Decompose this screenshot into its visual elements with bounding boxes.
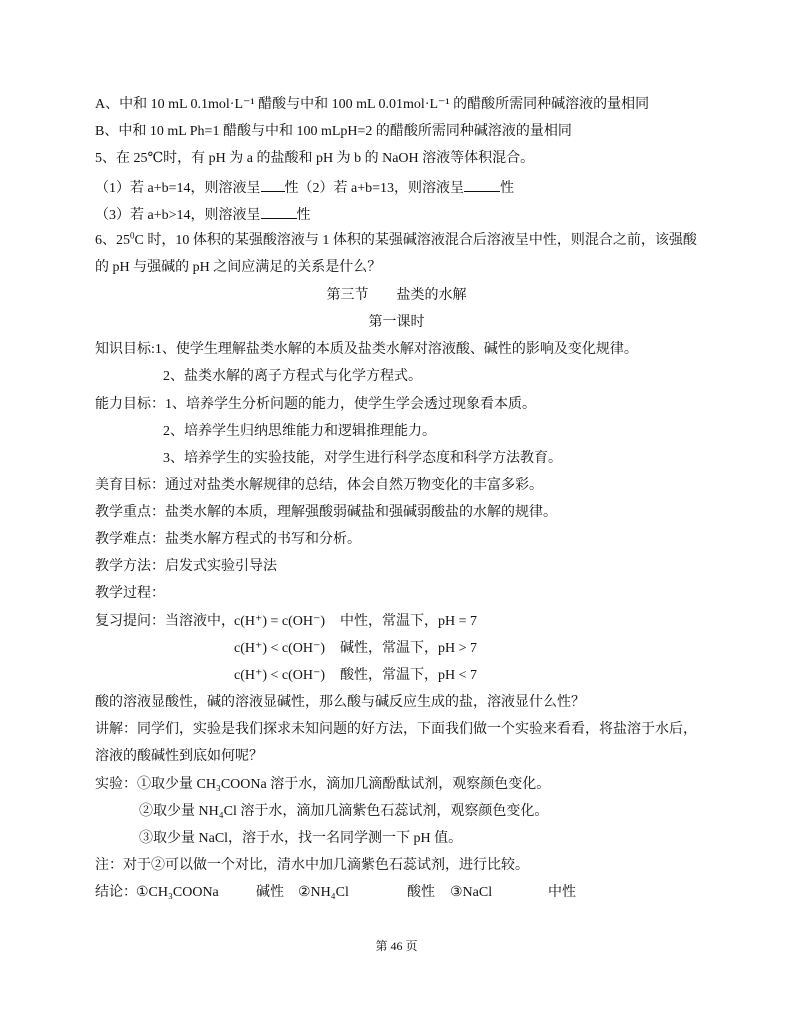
conclusion-salt-2: ②NH₄Cl bbox=[298, 884, 349, 902]
teaching-difficulty: 教学难点：盐类水解方程式的书写和分析。 bbox=[95, 531, 361, 549]
ability-goal-2: 2、培养学生归纳思维能力和逻辑推理能力。 bbox=[163, 423, 436, 441]
q5-part2-suffix: 性 bbox=[500, 181, 514, 196]
q5-part3-text: （3）若 a+b>14，则溶液呈 bbox=[95, 208, 261, 223]
q6-prefix: 6、25 bbox=[95, 233, 130, 248]
answer-blank bbox=[464, 177, 500, 192]
conclusion-label: 结论： bbox=[95, 884, 137, 902]
experiment-3: ③取少量 NaCl，溶于水，找一名同学测一下 pH 值。 bbox=[139, 830, 462, 848]
q5-part1-text: （1）若 a+b=14，则溶液呈 bbox=[95, 181, 261, 196]
answer-blank bbox=[261, 177, 285, 192]
teaching-method: 教学方法：启发式实验引导法 bbox=[95, 558, 277, 576]
ability-goal-1: 能力目标：1、培养学生分析问题的能力，使学生学会透过现象看本质。 bbox=[95, 396, 536, 414]
question-salt: 酸的溶液显酸性，碱的溶液显碱性，那么酸与碱反应生成的盐，溶液显什么性？ bbox=[95, 694, 585, 712]
q5-part2-text: 性（2）若 a+b=13，则溶液呈 bbox=[285, 181, 465, 196]
explanation-line-2: 溶液的酸碱性到底如何呢？ bbox=[95, 748, 263, 766]
question-6-line-2: 的 pH 与强碱的 pH 之间应满足的关系是什么？ bbox=[95, 259, 381, 277]
answer-blank bbox=[261, 204, 297, 219]
ability-goal-3: 3、培养学生的实验技能，对学生进行科学态度和科学方法教育。 bbox=[163, 450, 562, 468]
conclusion-salt-1: ①CH₃COONa bbox=[136, 884, 219, 902]
explanation-line-1: 讲解：同学们，实验是我们探求未知问题的好方法，下面我们做一个实验来看看，将盐溶于… bbox=[95, 721, 697, 739]
section-title: 第三节 盐类的水解 bbox=[0, 287, 793, 305]
review-result-2: 碱性，常温下，pH > 7 bbox=[340, 640, 477, 658]
review-label: 复习提问：当溶液中， bbox=[95, 613, 235, 631]
review-cond-2: c(H⁺) < c(OH⁻) bbox=[234, 640, 325, 658]
question-6-line-1: 6、250C 时，10 体积的某强酸溶液与 1 体积的某强碱溶液混合后溶液呈中性… bbox=[95, 232, 697, 250]
note: 注：对于②可以做一个对比，清水中加几滴紫色石蕊试剂，进行比较。 bbox=[95, 857, 529, 875]
page-number: 第 46 页 bbox=[0, 937, 793, 955]
review-cond-1: c(H⁺) = c(OH⁻) bbox=[234, 613, 325, 631]
teaching-key-point: 教学重点：盐类水解的本质，理解强酸弱碱盐和强碱弱酸盐的水解的规律。 bbox=[95, 504, 557, 522]
q5-part3-suffix: 性 bbox=[297, 208, 311, 223]
experiment-2: ②取少量 NH₄Cl 溶于水，滴加几滴紫色石蕊试剂，观察颜色变化。 bbox=[139, 803, 548, 821]
question-5: 5、在 25℃时，有 pH 为 a 的盐酸和 pH 为 b 的 NaOH 溶液等… bbox=[95, 150, 534, 168]
option-a: A、中和 10 mL 0.1mol·L⁻¹ 醋酸与中和 100 mL 0.01m… bbox=[95, 96, 649, 114]
review-result-3: 酸性，常温下，pH < 7 bbox=[340, 667, 477, 685]
conclusion-nature-1: 碱性 bbox=[256, 884, 284, 902]
conclusion-nature-3: 中性 bbox=[548, 884, 576, 902]
review-cond-3: c(H⁺) < c(OH⁻) bbox=[234, 667, 325, 685]
knowledge-goal-2: 2、盐类水解的离子方程式与化学方程式。 bbox=[163, 368, 422, 386]
question-5-part-3: （3）若 a+b>14，则溶液呈性 bbox=[95, 204, 311, 225]
knowledge-goal-1: 知识目标:1、使学生理解盐类水解的本质及盐类水解对溶液酸、碱性的影响及变化规律。 bbox=[95, 341, 638, 359]
conclusion-nature-2: 酸性 bbox=[407, 884, 435, 902]
teaching-process: 教学过程： bbox=[95, 585, 165, 603]
question-5-part-1-2: （1）若 a+b=14，则溶液呈性（2）若 a+b=13，则溶液呈性 bbox=[95, 177, 514, 198]
aesthetic-goal: 美育目标：通过对盐类水解规律的总结，体会自然万物变化的丰富多彩。 bbox=[95, 477, 543, 495]
experiment-1: 实验：①取少量 CH₃COONa 溶于水，滴加几滴酚酞试剂，观察颜色变化。 bbox=[95, 776, 550, 794]
review-result-1: 中性，常温下，pH = 7 bbox=[340, 613, 477, 631]
q6-text: C 时，10 体积的某强酸溶液与 1 体积的某强碱溶液混合后溶液呈中性，则混合之… bbox=[135, 233, 697, 248]
option-b: B、中和 10 mL Ph=1 醋酸与中和 100 mLpH=2 的醋酸所需同种… bbox=[95, 123, 572, 141]
conclusion-salt-3: ③NaCl bbox=[450, 884, 492, 902]
lesson-title: 第一课时 bbox=[0, 314, 793, 332]
